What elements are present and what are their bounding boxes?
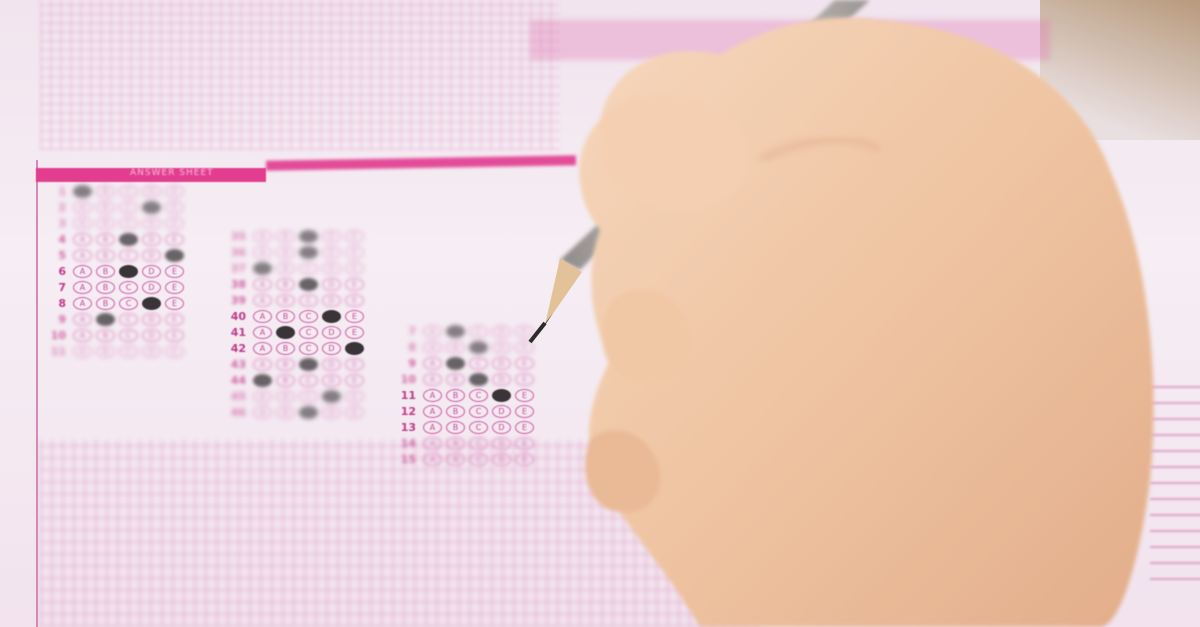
photo-scene: ANSWER SHEET 1ABCDE2ABCDE3ABCDE4ABCDE5AB… — [0, 0, 1200, 627]
hand-icon — [579, 17, 1153, 627]
hand-with-pencil — [0, 0, 1200, 627]
